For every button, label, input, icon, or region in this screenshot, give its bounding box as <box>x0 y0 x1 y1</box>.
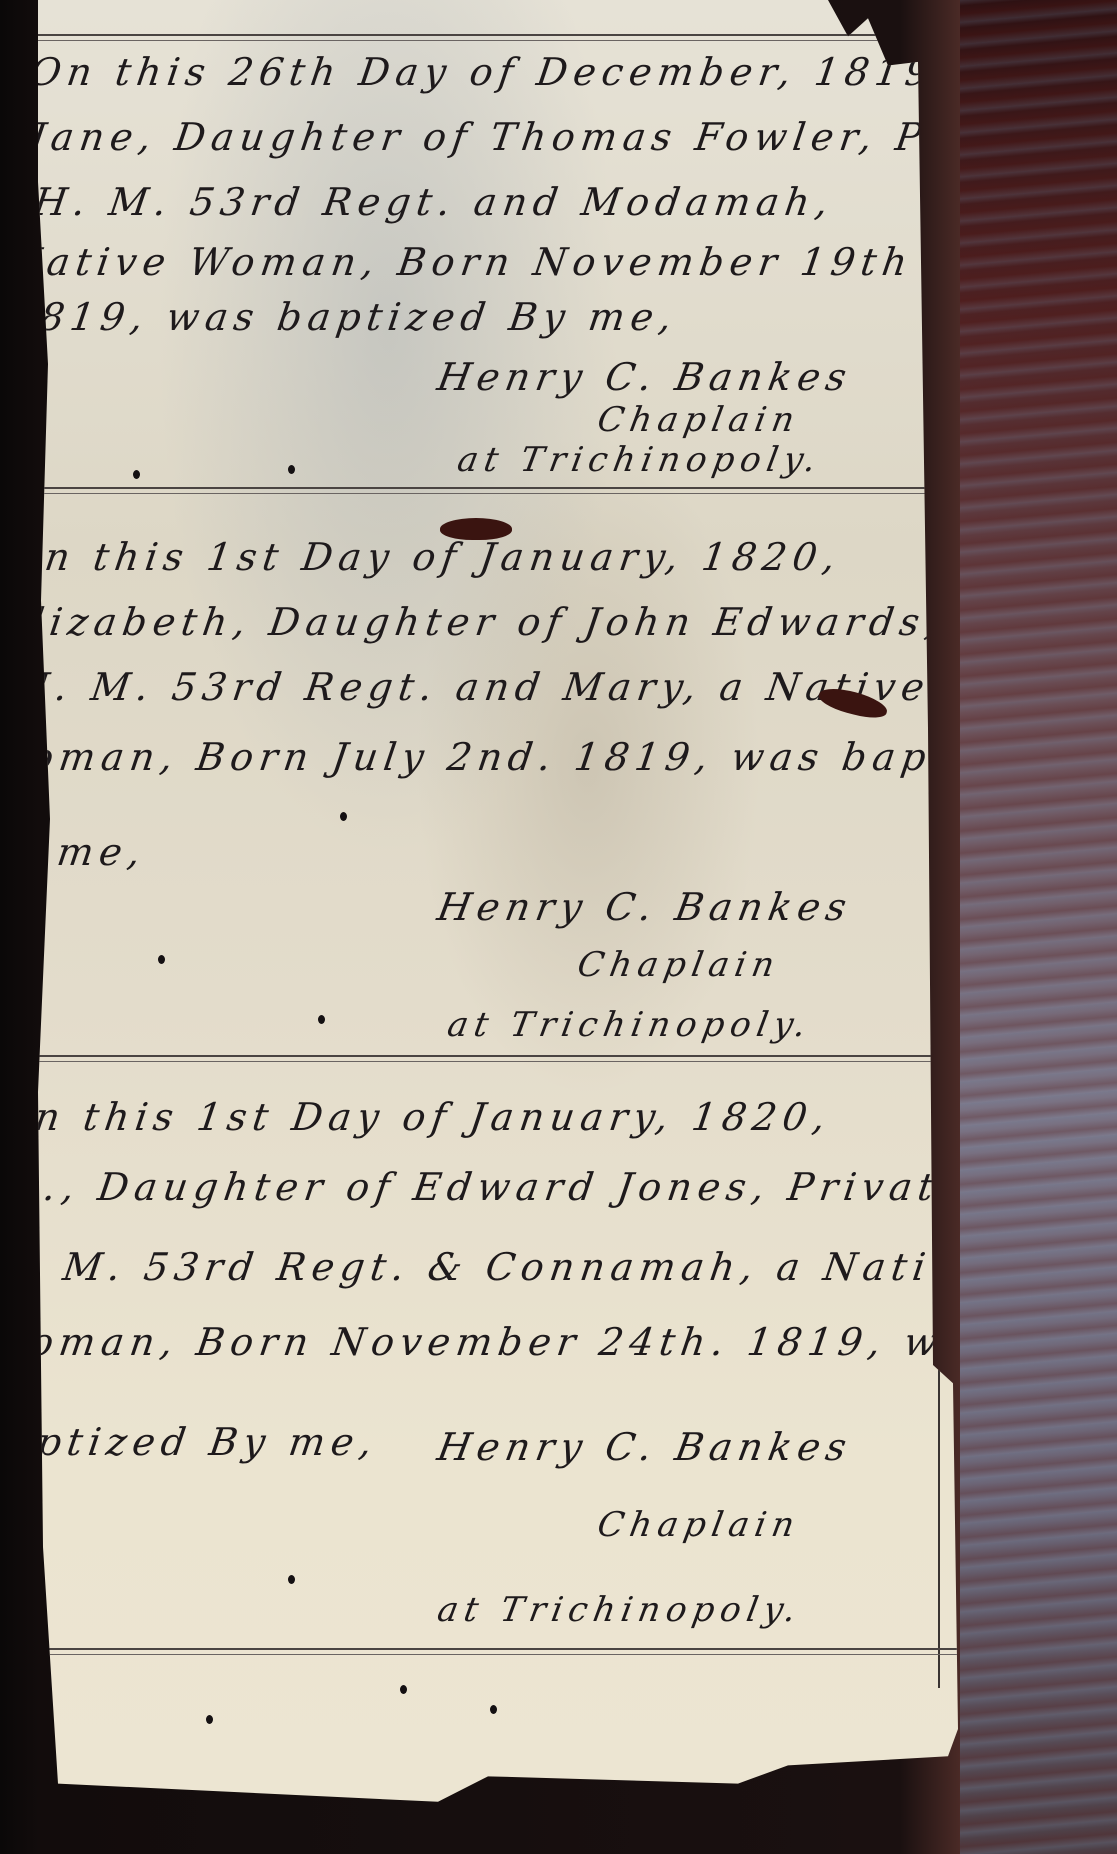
signature-name: Henry C. Bankes <box>434 1425 856 1469</box>
entry-divider <box>38 487 958 494</box>
ink-dot <box>206 1715 213 1724</box>
entry-line: baptized By me, <box>0 1420 381 1464</box>
entry-divider <box>38 1055 968 1062</box>
ink-dot <box>318 1015 325 1024</box>
entry-line: Woman, Born November 24th. 1819, was <box>0 1320 1000 1364</box>
entry-line: On this 1st Day of January, 1820, <box>0 1095 834 1139</box>
signature-name: Henry C. Bankes <box>434 885 856 929</box>
baptism-entry-1: On this 26th Day of December, 1819, Jane… <box>38 0 938 480</box>
entry-line: Native Woman, Born November 19th <box>5 240 916 284</box>
ink-dot <box>340 812 347 821</box>
register-page: On this 26th Day of December, 1819, Jane… <box>38 0 1038 1820</box>
wax-stain <box>440 518 512 540</box>
entry-line: Jane, Daughter of Thomas Fowler, Private <box>27 115 1079 159</box>
signature-name: Henry C. Bankes <box>434 355 856 399</box>
entry-line: Woman, Born July 2nd. 1819, was baptized <box>0 735 1059 779</box>
right-margin-rule <box>938 48 940 1688</box>
ink-dot <box>490 1705 497 1714</box>
entry-line: H. M. 53rd Regt. and Mary, a Native <box>13 665 933 709</box>
ink-dot <box>288 465 295 474</box>
entry-line: On this 26th Day of December, 1819, <box>27 50 957 94</box>
entry-line: 1819, was baptized By me, <box>7 295 681 339</box>
entry-line: H. M. 53rd Regt. and Modamah, <box>31 180 837 224</box>
signature-title: Chaplain <box>574 945 783 985</box>
entry-divider <box>38 1648 1038 1655</box>
ink-dot <box>133 470 140 479</box>
signature-place: at Trichinopoly. <box>454 440 824 480</box>
ink-dot <box>400 1685 407 1694</box>
wooden-table-background <box>960 0 1117 1854</box>
entry-line: H. M. 53rd Regt. & Connamah, a Native <box>0 1245 990 1289</box>
signature-title: Chaplain <box>594 400 803 440</box>
entry-line: Elizabeth, Daughter of John Edwards, Pri… <box>0 600 1117 644</box>
entry-line: By me, <box>0 830 149 874</box>
signature-place: at Trichinopoly. <box>434 1590 804 1630</box>
ink-dot <box>288 1575 295 1584</box>
entry-line: …, Daughter of Edward Jones, Private <box>15 1165 971 1209</box>
entry-line: On this 1st Day of January, 1820, <box>5 535 844 579</box>
signature-place: at Trichinopoly. <box>444 1005 814 1045</box>
ink-dot <box>158 955 165 964</box>
signature-title: Chaplain <box>594 1505 803 1545</box>
